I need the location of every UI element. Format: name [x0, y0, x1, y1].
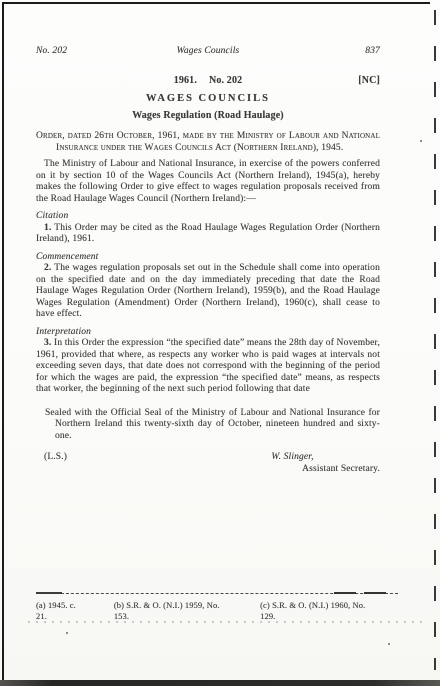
footnote-row: (a) 1945. c. 21. (b) S.R. & O. (N.I.) 19…: [36, 600, 380, 622]
series-heading: WAGES COUNCILS: [36, 93, 380, 105]
footnote-b: (b) S.R. & O. (N.I.) 1959, No. 153.: [114, 600, 234, 622]
section-heading-commencement: Commencement: [36, 252, 380, 264]
seal-mark: (L.S.): [44, 452, 67, 475]
nc-tag: [NC]: [358, 75, 380, 87]
section-text: This Order may be cited as the Road Haul…: [36, 223, 380, 245]
title-number: No. 202: [209, 75, 242, 86]
footnote-c: (c) S.R. & O. (N.I.) 1960, No. 129.: [260, 600, 380, 622]
document-page: No. 202 Wages Councils 837 1961.No. 202 …: [0, 0, 440, 686]
footnote-block: (a) 1945. c. 21. (b) S.R. & O. (N.I.) 19…: [36, 593, 380, 622]
scan-speck: [66, 632, 68, 634]
signature-row: (L.S.) W. Slinger, Assistant Secretary.: [36, 452, 380, 475]
footnote-a: (a) 1945. c. 21.: [36, 600, 88, 622]
signature-block: W. Slinger, Assistant Secretary.: [205, 452, 380, 475]
scan-border-left: [2, 2, 4, 680]
scan-border-right-dashed: [434, 10, 436, 670]
signatory-title: Assistant Secretary.: [205, 464, 380, 476]
section-number: 3.: [44, 338, 51, 348]
running-head-number: No. 202: [36, 46, 126, 57]
section-heading-citation: Citation: [36, 211, 380, 223]
sealing-clause: Sealed with the Official Seal of the Min…: [36, 408, 380, 443]
running-head-title: Wages Councils: [126, 46, 290, 57]
running-head-page: 837: [290, 46, 380, 57]
scan-speck: [388, 643, 390, 645]
scan-noise-line: [28, 621, 424, 623]
title-year: 1961.: [174, 75, 197, 86]
scan-bottom-band: [0, 680, 440, 686]
subject-heading: Wages Regulation (Road Haulage): [36, 110, 380, 122]
section-heading-interpretation: Interpretation: [36, 327, 380, 339]
section-text: In this Order the expression “the specif…: [36, 338, 380, 394]
section-interpretation: 3. In this Order the expression “the spe…: [36, 338, 380, 396]
section-number: 2.: [44, 263, 51, 273]
title-row: 1961.No. 202 [NC]: [36, 75, 380, 87]
section-citation: 1. This Order may be cited as the Road H…: [36, 223, 380, 246]
section-commencement: 2. The wages regulation proposals set ou…: [36, 263, 380, 321]
running-head: No. 202 Wages Councils 837: [36, 46, 380, 57]
section-text: The wages regulation proposals set out i…: [36, 263, 380, 319]
signatory-name: W. Slinger,: [205, 452, 380, 464]
scan-border-top: [2, 2, 430, 4]
section-number: 1.: [44, 223, 51, 233]
preamble-paragraph: The Ministry of Labour and National Insu…: [36, 159, 380, 205]
scan-speck: [420, 140, 422, 142]
order-recital: Order, dated 26th October, 1961, made by…: [36, 131, 380, 154]
footnote-rule: [36, 593, 398, 596]
